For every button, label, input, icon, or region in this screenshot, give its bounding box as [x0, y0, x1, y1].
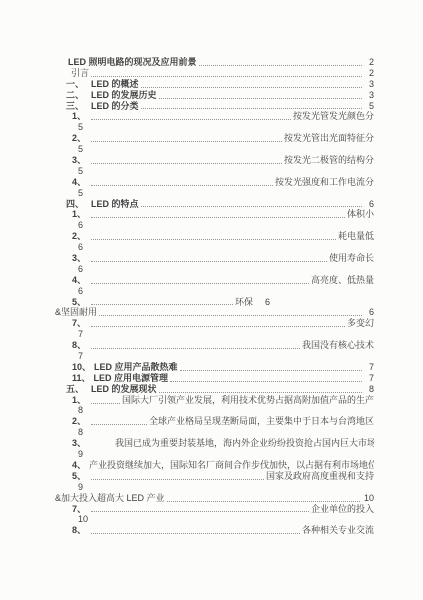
- page-number: 6: [265, 297, 270, 308]
- toc-entry: &加大投入超高大 LED 产业10: [55, 493, 374, 504]
- dot-leader: [159, 385, 362, 393]
- entry-number: 2、: [72, 416, 86, 427]
- toc-entry: 8、我国没有核心技术: [55, 340, 374, 351]
- page-number: 7: [78, 351, 83, 362]
- toc-entry: 3、按发光二极管的结构分: [55, 155, 374, 166]
- entry-number: 2、: [72, 231, 86, 242]
- entry-label: 高亮度、低热量: [311, 275, 374, 286]
- page-number: 6: [78, 264, 83, 275]
- entry-number: 四、: [66, 199, 84, 210]
- entry-number: 4、: [72, 177, 86, 188]
- dot-leader: [91, 134, 282, 142]
- entry-label: 引言: [71, 68, 89, 79]
- dot-leader: [141, 101, 362, 109]
- entry-label: 多变幻: [347, 318, 374, 329]
- entry-number: 三、: [66, 101, 84, 112]
- toc-entry-continuation: 6: [55, 242, 374, 253]
- entry-label: 企业单位的投入: [311, 504, 374, 515]
- toc-entry-continuation: 5: [55, 122, 374, 133]
- entry-number: 10、: [72, 362, 91, 373]
- toc-entry-continuation: 9: [55, 449, 374, 460]
- entry-number: 5、: [72, 471, 86, 482]
- dot-leader: [91, 69, 362, 77]
- toc-entry-continuation: 8: [55, 427, 374, 438]
- dot-leader: [91, 396, 120, 404]
- dot-leader: [91, 254, 327, 262]
- dot-leader: [170, 374, 362, 382]
- toc-entry: 二、LED 的发展历史3: [55, 90, 374, 101]
- toc-entry: 4、按发光强度和工作电流分: [55, 177, 374, 188]
- screenshot-root: { "page": { "background": "#fcfcfb", "te…: [0, 0, 423, 600]
- toc-entry: 四、LED 的特点6: [55, 199, 374, 210]
- page-number: 8: [78, 406, 83, 417]
- page-number: 6: [78, 286, 83, 297]
- entry-number: 3、: [72, 438, 86, 449]
- toc-entry: 三、LED 的分类5: [55, 101, 374, 112]
- entry-number: 4、: [72, 275, 86, 286]
- dot-leader: [141, 80, 362, 88]
- entry-number: 1、: [72, 209, 86, 220]
- toc-entry: 2、按发光管出光面特征分: [55, 133, 374, 144]
- entry-number: 5、: [72, 297, 86, 308]
- entry-label: LED 照明电路的现况及应用前景: [68, 57, 197, 68]
- toc-entry: 11、LED 应用电源管理7: [55, 373, 374, 384]
- page-number: 5: [78, 122, 83, 133]
- entry-number: 8、: [72, 525, 86, 536]
- entry-label: 按发光二极管的结构分: [284, 155, 374, 166]
- page-number: 3: [366, 79, 374, 90]
- entry-label: 产业投资继续加大，国际知名厂商间合作步伐加快，以占据有利市场地位: [89, 460, 374, 471]
- page-number: 6: [366, 199, 374, 210]
- table-of-contents: LED 照明电路的现况及应用前景2引言2一、LED 的概述3二、LED 的发展历…: [55, 57, 374, 536]
- toc-entry: 4、高亮度、低热量: [55, 275, 374, 286]
- entry-label: 使用寿命长: [329, 253, 374, 264]
- entry-number: 8、: [72, 340, 86, 351]
- entry-label: 国家及政府高度重视和支持: [266, 471, 374, 482]
- dot-leader: [99, 308, 362, 316]
- dot-leader: [167, 494, 360, 502]
- dot-leader: [91, 112, 291, 120]
- dot-leader: [91, 297, 233, 305]
- toc-entry: 5、国家及政府高度重视和支持: [55, 471, 374, 482]
- toc-entry-continuation: 8: [55, 406, 374, 417]
- entry-number: 2、: [72, 133, 86, 144]
- entry-label: 环保: [235, 297, 253, 308]
- toc-entry-continuation: 5: [55, 166, 374, 177]
- dot-leader: [91, 504, 309, 512]
- entry-label: 国际大厂引领产业发展，利用技术优势占据高附加值产品的生产: [122, 395, 374, 406]
- page-number: 10: [364, 493, 374, 504]
- entry-number: 1、: [72, 395, 86, 406]
- entry-label: 耗电量低: [338, 231, 374, 242]
- toc-entry: 3、使用寿命长: [55, 253, 374, 264]
- toc-entry: 10、LED 应用产品散热难7: [55, 362, 374, 373]
- entry-label: &加大投入超高大 LED 产业: [55, 493, 165, 504]
- entry-number: 二、: [66, 90, 84, 101]
- page-number: 5: [78, 144, 83, 155]
- toc-entry-continuation: 9: [55, 482, 374, 493]
- entry-label: 全球产业格局呈现垄断局面，主要集中于日本与台湾地区: [149, 416, 374, 427]
- dot-leader: [91, 341, 300, 349]
- dot-leader: [91, 319, 345, 327]
- page-number: 3: [366, 90, 374, 101]
- entry-label: 按发光管出光面特征分: [284, 133, 374, 144]
- dot-leader: [91, 178, 273, 186]
- page-number: 10: [78, 514, 88, 525]
- toc-entry: 3、我国已成为重要封装基地，海内外企业纷纷投资抢占国内巨大市场: [55, 438, 374, 449]
- entry-label: 我国已成为重要封装基地，海内外企业纷纷投资抢占国内巨大市场: [115, 438, 374, 449]
- toc-entry-continuation: 5: [55, 144, 374, 155]
- entry-number: 一、: [66, 79, 84, 90]
- entry-label: LED 的概述: [91, 79, 139, 90]
- dot-leader: [91, 232, 336, 240]
- page-number: 2: [366, 68, 374, 79]
- toc-entry-continuation: 7: [55, 329, 374, 340]
- dot-leader: [199, 58, 362, 66]
- page-number: 6: [78, 242, 83, 253]
- toc-entry: 1、按发光管发光颜色分: [55, 111, 374, 122]
- toc-entry: &坚固耐用6: [55, 307, 374, 318]
- toc-entry: 引言2: [55, 68, 374, 79]
- page-number: 7: [366, 362, 374, 373]
- page-number: 8: [366, 384, 374, 395]
- toc-entry: 2、全球产业格局呈现垄断局面，主要集中于日本与台湾地区: [55, 416, 374, 427]
- entry-label: 按发光强度和工作电流分: [275, 177, 374, 188]
- entry-label: LED 应用产品散热难: [94, 362, 178, 373]
- page-number: 5: [366, 101, 374, 112]
- entry-number: 11、: [72, 373, 91, 384]
- page-number: 8: [78, 427, 83, 438]
- toc-entry: 五、LED 的发展现状8: [55, 384, 374, 395]
- toc-entry-continuation: 6: [55, 286, 374, 297]
- toc-entry: LED 照明电路的现况及应用前景2: [55, 57, 374, 68]
- entry-label: LED 的发展现状: [91, 384, 157, 395]
- page-number: 7: [366, 373, 374, 384]
- dot-leader: [91, 526, 300, 534]
- entry-number: 7、: [72, 504, 86, 515]
- toc-entry: 一、LED 的概述3: [55, 79, 374, 90]
- dot-leader: [180, 363, 362, 371]
- document-page: LED 照明电路的现况及应用前景2引言2一、LED 的概述3二、LED 的发展历…: [0, 0, 423, 600]
- page-number: 9: [78, 482, 83, 493]
- toc-entry: 2、耗电量低: [55, 231, 374, 242]
- page-number: 5: [78, 166, 83, 177]
- page-number: 7: [78, 329, 83, 340]
- dot-leader: [91, 276, 309, 284]
- page-number: 9: [78, 449, 83, 460]
- dot-leader: [141, 199, 362, 207]
- toc-entry: 8、各种相关专业交流: [55, 525, 374, 536]
- entry-number: 五、: [66, 384, 84, 395]
- toc-entry-continuation: 6: [55, 220, 374, 231]
- dot-leader: [91, 210, 345, 218]
- dot-leader: [91, 472, 264, 480]
- page-number: 6: [78, 220, 83, 231]
- page-number: 2: [366, 57, 374, 68]
- entry-number: 3、: [72, 155, 86, 166]
- entry-label: 我国没有核心技术: [302, 340, 374, 351]
- entry-number: 4、: [72, 460, 86, 471]
- toc-entry: 4、产业投资继续加大，国际知名厂商间合作步伐加快，以占据有利市场地位9: [55, 460, 374, 471]
- toc-entry-continuation: 6: [55, 264, 374, 275]
- toc-entry: 7、企业单位的投入: [55, 504, 374, 515]
- dot-leader: [159, 91, 362, 99]
- toc-entry: 1、体积小: [55, 209, 374, 220]
- toc-entry-continuation: 5: [55, 188, 374, 199]
- toc-entry-continuation: 10: [55, 514, 374, 525]
- toc-entry-continuation: 7: [55, 351, 374, 362]
- entry-number: 1、: [72, 111, 86, 122]
- entry-label: LED 的特点: [91, 199, 139, 210]
- entry-label: 体积小: [347, 209, 374, 220]
- toc-entry: 5、环保6: [55, 297, 374, 308]
- entry-label: 按发光管发光颜色分: [293, 111, 374, 122]
- page-number: 5: [78, 188, 83, 199]
- entry-number: 3、: [72, 253, 86, 264]
- dot-leader: [91, 417, 147, 425]
- entry-label: LED 的发展历史: [91, 90, 157, 101]
- entry-number: 7、: [72, 318, 86, 329]
- toc-entry: 1、国际大厂引领产业发展，利用技术优势占据高附加值产品的生产: [55, 395, 374, 406]
- entry-label: LED 的分类: [91, 101, 139, 112]
- page-number: 6: [366, 307, 374, 318]
- dot-leader: [91, 156, 282, 164]
- entry-label: &坚固耐用: [55, 307, 97, 318]
- entry-label: 各种相关专业交流: [302, 525, 374, 536]
- toc-entry: 7、多变幻: [55, 318, 374, 329]
- entry-label: LED 应用电源管理: [94, 373, 169, 384]
